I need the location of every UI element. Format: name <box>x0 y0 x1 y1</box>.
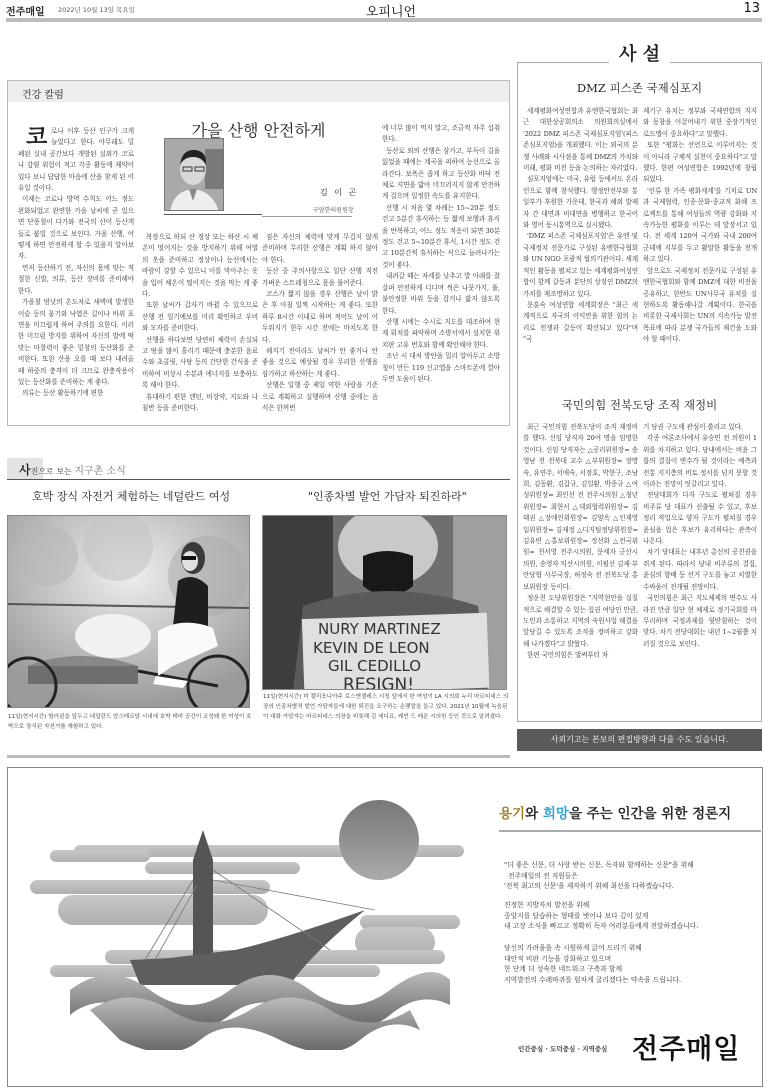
section-divider <box>7 755 510 758</box>
svg-text:NURY MARTINEZ: NURY MARTINEZ <box>318 620 441 638</box>
page-number: 13 <box>743 1 760 16</box>
svg-text:RESIGN!: RESIGN! <box>343 675 414 690</box>
editorial-title-1: DMZ 피스존 국제심포지 <box>517 80 762 96</box>
column-label: 건강 칼럼 <box>22 86 64 101</box>
ad-motto: 인간중심 · 도덕중심 · 지역중심 <box>518 1044 607 1053</box>
photo-caption-1: 11일(현지시간) 할러윈을 앞두고 네덜란드 암스테르담 시내에 호박 테마 … <box>8 712 253 732</box>
photo-headline-2: "인종차별 발언 가담자 퇴진하라" <box>308 488 467 504</box>
editorial-2-column-1: 최근 국민의힘 전북도당이 조직 재정비를 했다. 신임 당직자 20여 명을 … <box>523 422 638 718</box>
editorial-1-column-1: 세계평화여성연합과 유엔한국협회는 최근 대한상공회의소 의원회의실에서 '20… <box>523 106 638 380</box>
ad-illustration <box>20 790 470 1050</box>
newspaper-logo: 전주매일 <box>6 3 45 18</box>
photo-headline-1: 호박 장식 자전거 체험하는 네덜란드 여성 <box>32 488 230 504</box>
bicycle-photo-icon <box>8 516 250 708</box>
photo-protester: NURY MARTINEZ KEVIN DE LEON GIL CEDILLO … <box>262 515 507 690</box>
editorial-header: 사 설 <box>517 40 762 66</box>
svg-text:KEVIN DE LEON: KEVIN DE LEON <box>313 639 430 657</box>
author-divider <box>164 214 262 215</box>
ad-divider <box>499 830 761 832</box>
author-divider-2 <box>262 216 352 217</box>
author-name: 김 이 곤 <box>320 187 358 198</box>
ad-paragraph-2: 진정한 지방자치 발전을 위해 중앙지를 답습하는 형태를 벗어나 보다 깊이 … <box>504 900 699 932</box>
issue-date: 2022년 10월 13일 목요일 <box>58 5 135 14</box>
article-column-4: 에 너무 많이 먹지 말고, 조금씩 자주 섭취한다. 등산로 외의 산행은 삼… <box>382 123 500 426</box>
ad-paragraph-1: "더 좋은 신문, 더 사랑 받는 신문, 독자와 함께하는 신문"을 위해 전… <box>504 860 694 892</box>
disclaimer-banner: 사외기고는 본보의 편집방향과 다를 수도 있습니다. <box>517 729 762 751</box>
ad-logo: 전주매일 <box>632 1027 740 1066</box>
svg-text:GIL CEDILLO: GIL CEDILLO <box>328 657 421 675</box>
author-photo <box>164 138 224 211</box>
masthead: 전주매일 2022년 10월 13일 목요일 오피니언 13 <box>6 0 762 22</box>
article-column-2: 복장으로 하되 산 정상 또는 하산 시 체온이 떨어지는 것을 방지하기 위해… <box>142 232 258 426</box>
ship-illustration-icon <box>20 790 470 1050</box>
protester-photo-icon: NURY MARTINEZ KEVIN DE LEON GIL CEDILLO … <box>263 516 507 690</box>
article-column-3: 짐은 자신의 체력에 맞게 무겁지 않게 준비하며 무리한 산행은 계획 하지 … <box>262 232 378 426</box>
article-column-1: 코 로나 이후 등산 인구가 크게 늘었다고 한다. 아무래도 밀폐된 실내 공… <box>18 126 134 426</box>
person-portrait-icon <box>165 139 224 211</box>
photo-caption-2: 11일(현지시간) 미 캘리포니아주 로스앤젤레스 시청 앞에서 한 여성이 L… <box>263 692 510 722</box>
ad-paragraph-3: 당신의 가려움을 속 시원하게 긁어 드리기 위해 대안적 비판 기능을 강화하… <box>504 943 681 985</box>
photo-bicycle <box>7 515 250 708</box>
section-title: 오피니언 <box>336 1 446 20</box>
health-column-header: 건강 칼럼 <box>7 80 510 102</box>
editorial-2-column-2: 기 당권 구도에 관심이 쏠리고 있다. 각종 여론조사에서 유승민 전 의원이… <box>643 422 757 718</box>
photo-news-header: 사진으로 보는 지구촌 소식 <box>7 458 510 480</box>
ad-slogan: 용기와 희망을 주는 인간을 위한 정론지 <box>499 802 731 822</box>
author-title: 구암한의원원장 <box>313 205 354 214</box>
editorial-1-column-2: 제기구 유치는 정부와 국제연합의 지지와 동참을 이끌어내기 위한 중장기적인… <box>643 106 757 380</box>
dropcap: 코 <box>26 128 47 146</box>
editorial-title-2: 국민의힘 전북도당 조직 재정비 <box>517 397 762 413</box>
